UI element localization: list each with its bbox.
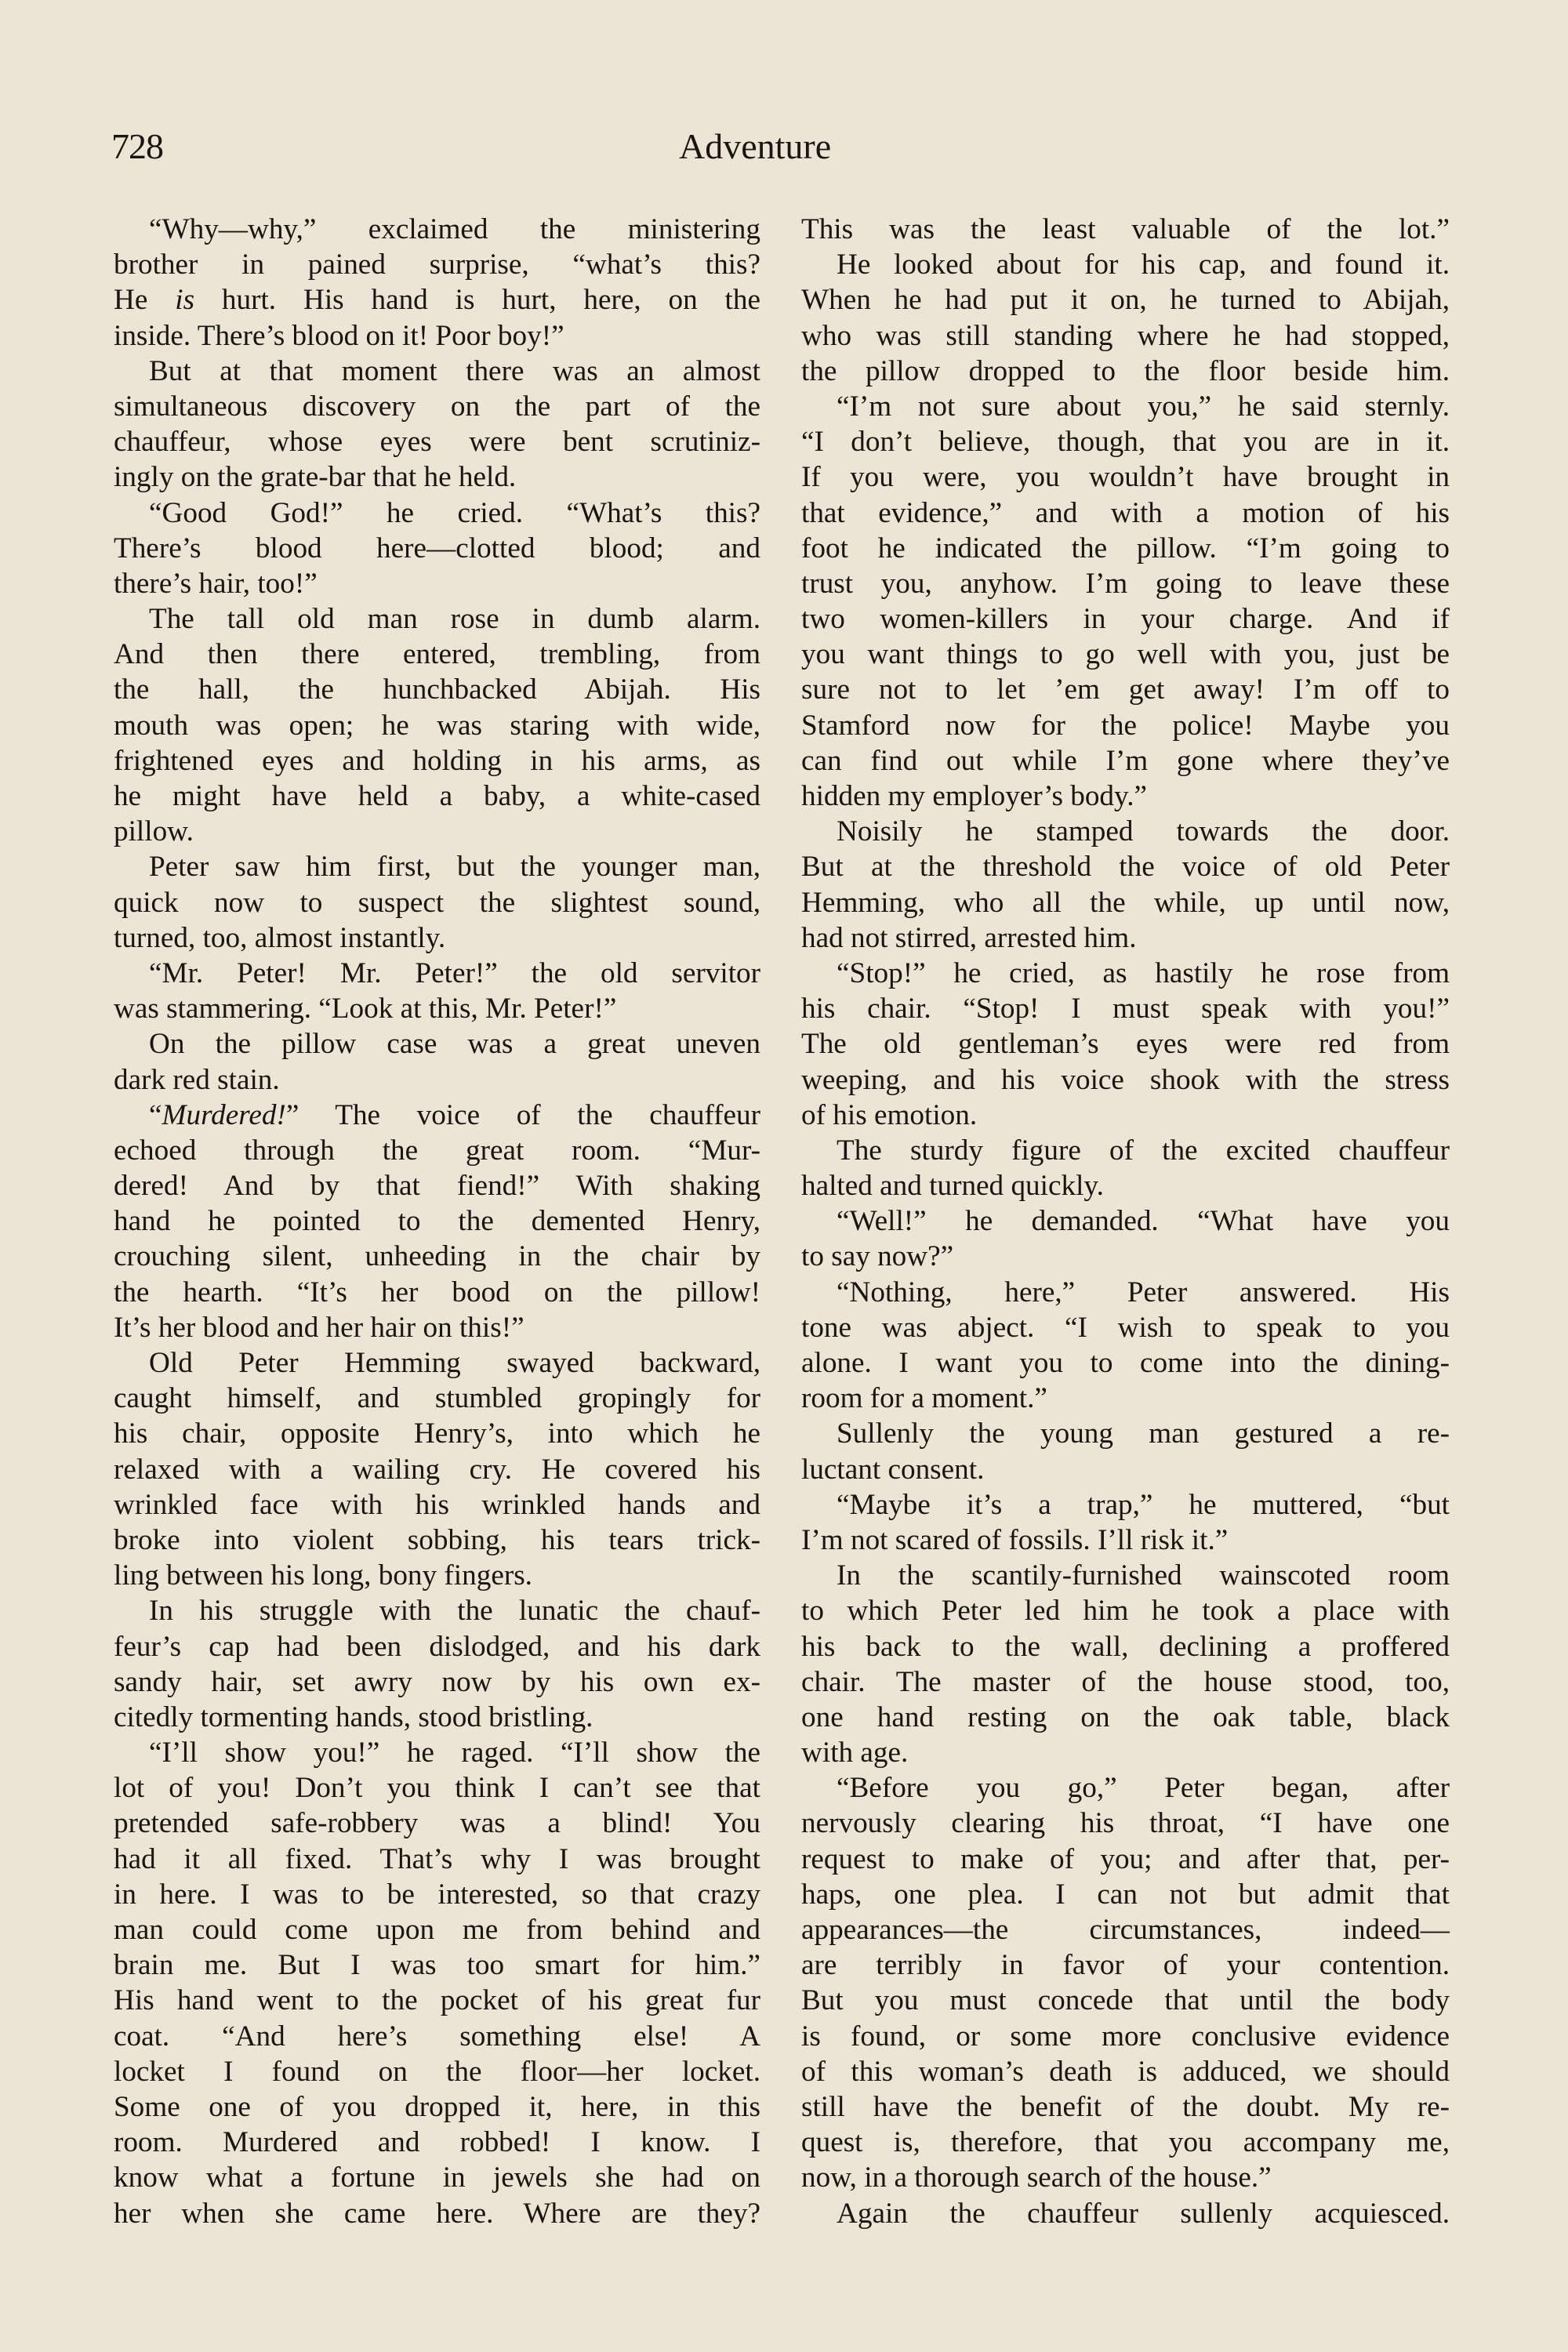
right-column: This was the least valuable of the lot.”… (801, 212, 1450, 2231)
text-line: In the scantily-furnished wainscoted roo… (801, 1558, 1450, 1593)
text-line: request to make of you; and after that, … (801, 1842, 1450, 1877)
text-line: in here. I was to be interested, so that… (114, 1877, 760, 1912)
text-line: pillow. (114, 814, 760, 849)
text-line: “Good God!” he cried. “What’s this? (114, 495, 760, 531)
text-line: feur’s cap had been dislodged, and his d… (114, 1629, 760, 1664)
text-line: “Well!” he demanded. “What have you (801, 1203, 1450, 1239)
text-line: Stamford now for the police! Maybe you (801, 708, 1450, 743)
text-line: halted and turned quickly. (801, 1168, 1450, 1203)
text-line: his chair, opposite Henry’s, into which … (114, 1416, 760, 1451)
text-line: chauffeur, whose eyes were bent scrutini… (114, 424, 760, 459)
text-line: with age. (801, 1735, 1450, 1770)
text-line: still have the benefit of the doubt. My … (801, 2089, 1450, 2125)
text-line: hidden my employer’s body.” (801, 779, 1450, 814)
text-line: And then there entered, trembling, from (114, 637, 760, 672)
text-line: of this woman’s death is adduced, we sho… (801, 2054, 1450, 2089)
text-line: relaxed with a wailing cry. He covered h… (114, 1452, 760, 1487)
text-line: “Mr. Peter! Mr. Peter!” the old servitor (114, 956, 760, 991)
text-line: The tall old man rose in dumb alarm. (114, 601, 760, 637)
text-line: Noisily he stamped towards the door. (801, 814, 1450, 849)
text-line: crouching silent, unheeding in the chair… (114, 1239, 760, 1274)
text-line: He looked about for his cap, and found i… (801, 247, 1450, 282)
text-line: one hand resting on the oak table, black (801, 1700, 1450, 1735)
text-line: hand he pointed to the demented Henry, (114, 1203, 760, 1239)
text-line: “Maybe it’s a trap,” he muttered, “but (801, 1487, 1450, 1523)
text-line: ling between his long, bony fingers. (114, 1558, 760, 1593)
text-line: citedly tormenting hands, stood bristlin… (114, 1700, 760, 1735)
text-line: her when she came here. Where are they? (114, 2196, 760, 2231)
text-line: coat. “And here’s something else! A (114, 2019, 760, 2054)
text-line: foot he indicated the pillow. “I’m going… (801, 531, 1450, 566)
text-line: luctant consent. (801, 1452, 1450, 1487)
text-line: tone was abject. “I wish to speak to you (801, 1310, 1450, 1345)
text-line: “Stop!” he cried, as hastily he rose fro… (801, 956, 1450, 991)
text-line: On the pillow case was a great uneven (114, 1026, 760, 1062)
text-line: chair. The master of the house stood, to… (801, 1664, 1450, 1700)
text-line: sandy hair, set awry now by his own ex- (114, 1664, 760, 1700)
text-line: had not stirred, arrested him. (801, 920, 1450, 956)
italic-emphasis: Murdered! (162, 1099, 286, 1131)
text-line: I’m not scared of fossils. I’ll risk it.… (801, 1523, 1450, 1558)
text-line: know what a fortune in jewels she had on (114, 2160, 760, 2195)
text-line: But you must concede that until the body (801, 1983, 1450, 2018)
text-line: “Nothing, here,” Peter answered. His (801, 1275, 1450, 1310)
text-line: mouth was open; he was staring with wide… (114, 708, 760, 743)
text-line: quick now to suspect the slightest sound… (114, 885, 760, 920)
text-line: He is hurt. His hand is hurt, here, on t… (114, 282, 760, 318)
page-number: 728 (111, 119, 163, 174)
text-line: he might have held a baby, a white-cased (114, 779, 760, 814)
left-column: “Why—why,” exclaimed the ministeringbrot… (114, 212, 760, 2231)
text-line: the pillow dropped to the floor beside h… (801, 354, 1450, 389)
text-line: weeping, and his voice shook with the st… (801, 1062, 1450, 1098)
text-line: inside. There’s blood on it! Poor boy!” (114, 318, 760, 354)
text-line: In his struggle with the lunatic the cha… (114, 1593, 760, 1628)
text-line: locket I found on the floor—her locket. (114, 2054, 760, 2089)
text-line: “I don’t believe, though, that you are i… (801, 424, 1450, 459)
text-line: to which Peter led him he took a place w… (801, 1593, 1450, 1628)
text-line: are terribly in favor of your contention… (801, 1947, 1450, 1983)
text-line: “Murdered!” The voice of the chauffeur (114, 1098, 760, 1133)
text-line: “Why—why,” exclaimed the ministering (114, 212, 760, 247)
running-title: Adventure (679, 119, 831, 174)
text-line: who was still standing where he had stop… (801, 318, 1450, 354)
text-line: can find out while I’m gone where they’v… (801, 743, 1450, 779)
text-line: echoed through the great room. “Mur- (114, 1133, 760, 1168)
text-line: But at the threshold the voice of old Pe… (801, 849, 1450, 884)
text-line: Hemming, who all the while, up until now… (801, 885, 1450, 920)
text-line: to say now?” (801, 1239, 1450, 1274)
text-line: dark red stain. (114, 1062, 760, 1098)
text-line: of his emotion. (801, 1098, 1450, 1133)
text-line: Again the chauffeur sullenly acquiesced. (801, 2196, 1450, 2231)
page-header: 728 Adventure (0, 119, 1568, 174)
text-line: man could come upon me from behind and (114, 1912, 760, 1947)
text-line: alone. I want you to come into the dinin… (801, 1345, 1450, 1381)
text-line: frightened eyes and holding in his arms,… (114, 743, 760, 779)
text-line: Sullenly the young man gestured a re- (801, 1416, 1450, 1451)
text-line: had it all fixed. That’s why I was broug… (114, 1842, 760, 1877)
text-line: brain me. But I was too smart for him.” (114, 1947, 760, 1983)
text-line: lot of you! Don’t you think I can’t see … (114, 1770, 760, 1806)
text-line: sure not to let ’em get away! I’m off to (801, 672, 1450, 707)
text-line: there’s hair, too!” (114, 566, 760, 601)
text-line: Peter saw him first, but the younger man… (114, 849, 760, 884)
text-line: When he had put it on, he turned to Abij… (801, 282, 1450, 318)
text-line: If you were, you wouldn’t have brought i… (801, 459, 1450, 495)
text-line: Old Peter Hemming swayed backward, (114, 1345, 760, 1381)
text-line: The sturdy figure of the excited chauffe… (801, 1133, 1450, 1168)
text-line: pretended safe-robbery was a blind! You (114, 1806, 760, 1841)
text-line: room for a moment.” (801, 1381, 1450, 1416)
text-line: “I’ll show you!” he raged. “I’ll show th… (114, 1735, 760, 1770)
text-line: that evidence,” and with a motion of his (801, 495, 1450, 531)
text-line: “I’m not sure about you,” he said sternl… (801, 389, 1450, 424)
text-line: the hearth. “It’s her bood on the pillow… (114, 1275, 760, 1310)
text-line: broke into violent sobbing, his tears tr… (114, 1523, 760, 1558)
text-line: There’s blood here—clotted blood; and (114, 531, 760, 566)
italic-emphasis: is (175, 284, 194, 316)
text-line: turned, too, almost instantly. (114, 920, 760, 956)
text-line: It’s her blood and her hair on this!” (114, 1310, 760, 1345)
text-line: room. Murdered and robbed! I know. I (114, 2125, 760, 2160)
text-line: wrinkled face with his wrinkled hands an… (114, 1487, 760, 1523)
text-line: nervously clearing his throat, “I have o… (801, 1806, 1450, 1841)
text-line: Some one of you dropped it, here, in thi… (114, 2089, 760, 2125)
text-line: The old gentleman’s eyes were red from (801, 1026, 1450, 1062)
text-line: trust you, anyhow. I’m going to leave th… (801, 566, 1450, 601)
text-line: brother in pained surprise, “what’s this… (114, 247, 760, 282)
text-line: But at that moment there was an almost (114, 354, 760, 389)
text-line: “Before you go,” Peter began, after (801, 1770, 1450, 1806)
text-line: This was the least valuable of the lot.” (801, 212, 1450, 247)
text-line: you want things to go well with you, jus… (801, 637, 1450, 672)
text-line: ingly on the grate-bar that he held. (114, 459, 760, 495)
text-line: now, in a thorough search of the house.” (801, 2160, 1450, 2195)
text-line: is found, or some more conclusive eviden… (801, 2019, 1450, 2054)
text-line: simultaneous discovery on the part of th… (114, 389, 760, 424)
text-line: haps, one plea. I can not but admit that (801, 1877, 1450, 1912)
text-line: caught himself, and stumbled gropingly f… (114, 1381, 760, 1416)
text-line: his back to the wall, declining a proffe… (801, 1629, 1450, 1664)
text-line: two women-killers in your charge. And if (801, 601, 1450, 637)
text-line: was stammering. “Look at this, Mr. Peter… (114, 991, 760, 1026)
text-line: the hall, the hunchbacked Abijah. His (114, 672, 760, 707)
text-line: dered! And by that fiend!” With shaking (114, 1168, 760, 1203)
text-line: appearances—the circumstances, indeed— (801, 1912, 1450, 1947)
text-line: quest is, therefore, that you accompany … (801, 2125, 1450, 2160)
text-line: his chair. “Stop! I must speak with you!… (801, 991, 1450, 1026)
text-line: His hand went to the pocket of his great… (114, 1983, 760, 2018)
